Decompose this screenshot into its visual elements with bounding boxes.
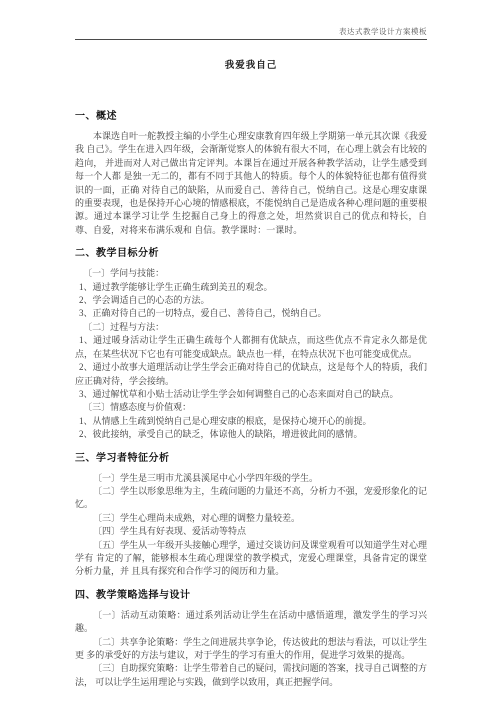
learner-line: 〔二〕学生以形象思维为主，生疏问题的力量还不高，分析力不强，宠爱形象化的记忆。 (75, 485, 427, 512)
section-heading-strategy: 四、教学策略选择与设计 (75, 586, 427, 601)
strategy-line: 〔三〕自助探究策略：让学生带着自己的疑问，需找问题的答案，找寻自己调整的方法， … (75, 662, 427, 689)
document-title: 我爱我自己 (75, 57, 427, 71)
objective-line: 2、通过小故事大道理活动让学生学会正确对待自己的优缺点，这是每个人的特质，我们应… (75, 361, 427, 388)
strategy-line: 〔一〕活动互动策略：通过系列活动让学生在活动中感悟道理，激发学生的学习兴趣。 (75, 609, 427, 636)
document-page: 表达式教学设计方案模板 我爱我自己 一、概述 本课选自叶一舵教授主编的小学生心理… (0, 0, 500, 707)
learner-line: 〔一〕学生是三明市尤溪县溪尾中心小学四年级的学生。 (75, 472, 427, 485)
objective-line: 3、通过解忧草和小贴士活动让学生学会如何调整自己的心态来面对自己的缺点。 (75, 388, 427, 401)
strategy-line: 〔二〕共享争论策略：学生之间进展共享争论，传达彼此的想法与看法，可以让学生更 多… (75, 636, 427, 663)
objective-line: 〔一〕学问与技能： (75, 267, 427, 280)
objective-line: 〔三〕情感态度与价值观： (75, 401, 427, 414)
learner-line: 〔四〕学生具有好表现、爱活动等特点 (75, 525, 427, 538)
objective-line: 1、通过暖身活动让学生正确生疏每个人都拥有优缺点，而这些优点不肯定永久都是优点，… (75, 334, 427, 361)
learner-line: 〔五〕学生从一年级开头接触心理学，通过交谈访问及课堂观看可以知道学生对心理学有 … (75, 539, 427, 579)
objective-line: 3、正确对待自己的一切特点，爱自己、善待自己，悦纳自己。 (75, 307, 427, 320)
section-heading-objectives: 二、教学目标分析 (75, 244, 427, 259)
header-text: 表达式教学设计方案模板 (339, 27, 427, 36)
overview-paragraph: 本课选自叶一舵教授主编的小学生心理安康教育四年级上学期第一单元其次课《我爱我 自… (75, 130, 427, 237)
objective-line: 1、从情感上生疏到悦纳自己是心理安康的根底，是保持心境开心的前提。 (75, 415, 427, 428)
objective-line: 2、彼此接纳，承受自己的缺乏，体谅他人的缺陷，增进彼此间的感情。 (75, 428, 427, 441)
page-header: 表达式教学设计方案模板 (75, 0, 427, 40)
learner-line: 〔三〕学生心理尚未成熟，对心理的调整力量较差。 (75, 512, 427, 525)
objective-line: 〔二〕过程与方法： (75, 321, 427, 334)
objective-line: 1、通过教学能够让学生正确生疏到美丑的观念。 (75, 281, 427, 294)
section-heading-overview: 一、概述 (75, 107, 427, 122)
section-heading-learner-analysis: 三、学习者特征分析 (75, 449, 427, 464)
objective-line: 2、学会调适自己的心态的方法。 (75, 294, 427, 307)
